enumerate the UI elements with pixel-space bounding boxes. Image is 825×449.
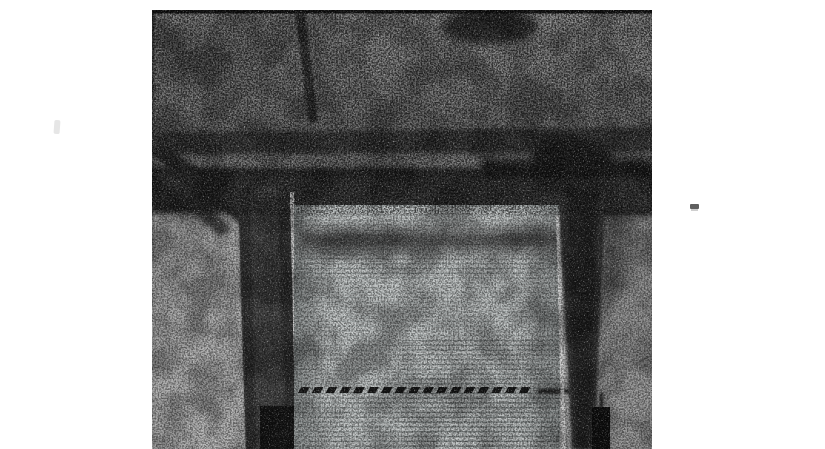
grain-salt-layer <box>152 10 652 449</box>
toner-speck-left <box>54 120 61 134</box>
photocopied-photograph <box>152 10 652 449</box>
toner-speck-right <box>690 204 699 209</box>
scanned-page <box>0 0 825 449</box>
grain-overlay <box>152 10 652 449</box>
